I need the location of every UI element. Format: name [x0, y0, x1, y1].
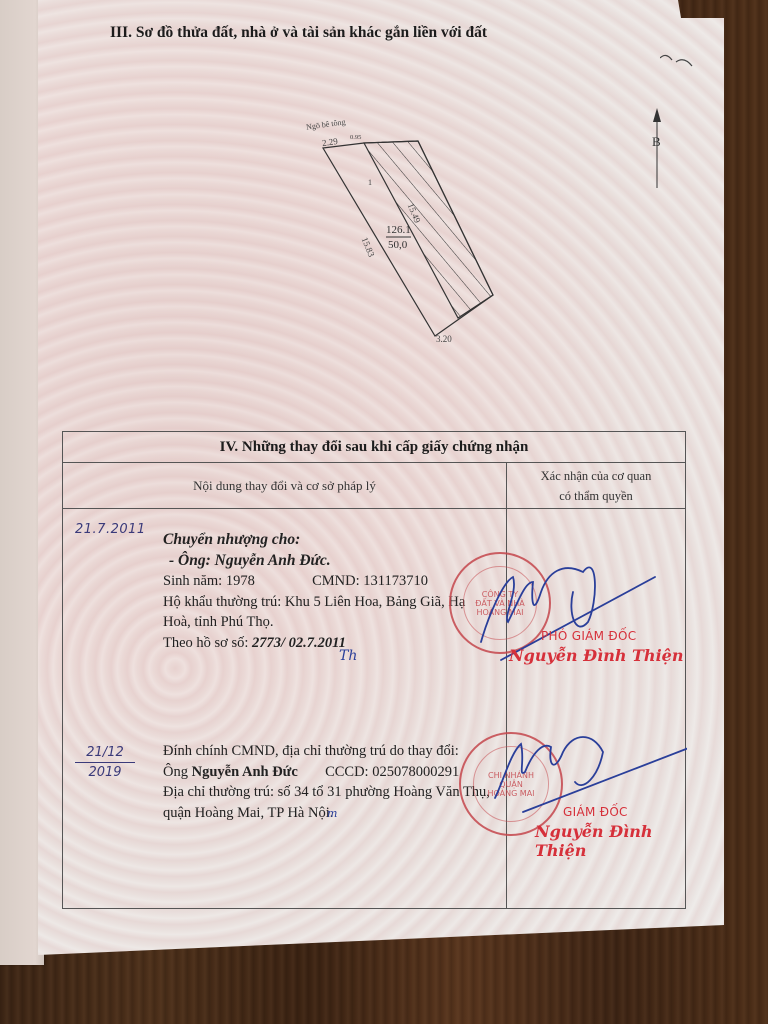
file-reference-value: 2773/ 02.7.2011 [252, 635, 346, 651]
file-reference: Theo hồ sơ số: 2773/ 02.7.2011 [163, 633, 465, 654]
address-line-1: Hộ khẩu thường trú: Khu 5 Liên Hoa, Bảng… [163, 592, 465, 613]
address-line-1: Địa chỉ thường trú: số 34 tổ 31 phường H… [163, 782, 490, 803]
left-page-edge [0, 0, 44, 965]
handwritten-date-year: 2019 [75, 763, 135, 780]
handwritten-date: 21.7.2011 [75, 522, 146, 537]
signer-name: Nguyễn Đình Thiện [535, 822, 685, 860]
entry-heading: Chuyển nhượng cho: [163, 530, 465, 551]
handwritten-initials: Th [339, 648, 357, 664]
birth-id-line: Sinh năm: 1978 CMND: 131173710 [163, 571, 465, 592]
confirmation-header-line1: Xác nhận của cơ quan [541, 466, 652, 486]
official-stamp: CHI NHÁNH QUẬN HOÀNG MAI [459, 732, 563, 836]
north-label: B [652, 134, 661, 150]
id-number: CMND: 131173710 [312, 573, 428, 589]
entry-text: Chuyển nhượng cho: - Ông: Nguyễn Anh Đức… [163, 530, 465, 653]
handwritten-date: 21/12 2019 [75, 745, 135, 780]
birth-year: Sinh năm: 1978 [163, 573, 255, 589]
content-column-header: Nội dung thay đổi và cơ sở pháp lý [63, 463, 507, 508]
edge-bottom: 3.20 [436, 334, 452, 344]
area-top: 126.1 [386, 224, 411, 236]
parcel-number: 1 [368, 178, 372, 187]
confirmation-column-header: Xác nhận của cơ quan có thẩm quyền [507, 463, 685, 508]
table-header-row: Nội dung thay đổi và cơ sở pháp lý Xác n… [63, 463, 685, 509]
citizen-id: CCCD: 025078000291 [325, 764, 459, 780]
plot-diagram [38, 0, 724, 430]
signer-title: GIÁM ĐỐC [563, 805, 628, 819]
area-bottom: 50,0 [388, 239, 407, 251]
holder-name: Nguyễn Anh Đức [192, 764, 298, 780]
signer-title: PHÓ GIÁM ĐỐC [541, 629, 636, 643]
handwritten-date-day-month: 21/12 [75, 745, 135, 763]
recipient-name: - Ông: Nguyễn Anh Đức. [163, 551, 465, 572]
handwritten-initials: m [327, 807, 337, 820]
changes-table: IV. Những thay đổi sau khi cấp giấy chứn… [62, 431, 686, 909]
edge-top-right: 0.95 [350, 134, 361, 141]
handwritten-mark [660, 52, 700, 72]
signer-name: Nguyễn Đình Thiện [509, 646, 683, 665]
confirmation-header-line2: có thẩm quyền [559, 486, 633, 506]
correction-heading: Đính chính CMND, địa chỉ thường trú do t… [163, 741, 490, 762]
hatched-strip [364, 141, 493, 318]
official-stamp: CÔNG TY ĐẤT VÀ NHÀ HOÀNG MAI [449, 552, 551, 654]
section-4-title: IV. Những thay đổi sau khi cấp giấy chứn… [63, 432, 685, 463]
address-line-2: Hoà, tỉnh Phú Thọ. [163, 612, 465, 633]
certificate-page: III. Sơ đồ thửa đất, nhà ở và tài sản kh… [38, 0, 724, 955]
holder-line: Ông Nguyễn Anh Đức CCCD: 025078000291 [163, 762, 490, 783]
